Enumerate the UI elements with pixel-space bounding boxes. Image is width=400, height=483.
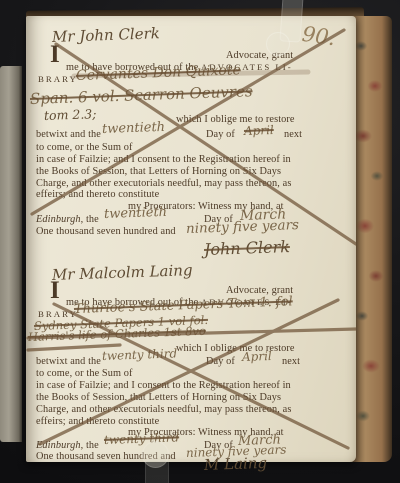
sign-day: twentieth [104, 205, 168, 222]
borrower-name: Mr John Clerk [52, 24, 160, 46]
borrower-signature: M Laing [204, 454, 268, 474]
return-month: April [244, 123, 274, 138]
form-betwixt: betwixt and the [36, 129, 101, 140]
return-day: twenty third [102, 346, 178, 363]
form-failzie-4: effeirs; and thereto constitute [36, 189, 159, 200]
glass-holding-strip-bottom [145, 460, 169, 483]
form-failzie-2: the Books of Session, that Letters of Ho… [36, 166, 281, 177]
borrower-signature: John Clerk [204, 237, 291, 259]
glass-holding-knob-top [266, 32, 290, 56]
book-title: tom 2.3; [44, 106, 97, 123]
form-day-of: Day of [206, 129, 235, 140]
form-next: next [282, 356, 300, 367]
form-oblige-line: which I oblige me to restore [176, 343, 295, 354]
form-day-of: Day of [206, 356, 235, 367]
form-thousand-line: One thousand seven hundred and [36, 226, 176, 237]
year-words: ninety five years [186, 217, 299, 237]
form-sum-line: to come, or the Sum of [36, 368, 133, 379]
return-month: April [242, 349, 272, 364]
book-title: Span. 6 vol. Scarron Oeuvres [30, 82, 253, 108]
borrower-name: Mr Malcolm Laing [52, 261, 193, 284]
sign-day: twenty third [104, 430, 180, 447]
form-oblige-line: which I oblige me to restore [176, 114, 295, 125]
form-failzie-1: in case of Failzie; and I consent to the… [36, 380, 291, 391]
ledger-page: 90. Mr John Clerk I Advocate, grant me t… [26, 16, 356, 462]
form-failzie-2: the Books of Session, that Letters of Ho… [36, 392, 281, 403]
marbled-fore-edge [351, 16, 392, 462]
facing-page-edge [0, 66, 22, 442]
form-failzie-3: Charge, and other executorials needful, … [36, 404, 291, 415]
form-failzie-4: effeirs; and thereto constitute [36, 416, 159, 427]
form-sum-line: to come, or the Sum of [36, 142, 133, 153]
form-next: next [284, 129, 302, 140]
form-edinburgh: Edinburgh, the [36, 440, 99, 451]
return-day: twentieth [102, 120, 166, 137]
form-initial: I [50, 42, 60, 67]
form-failzie-1: in case of Failzie; and I consent to the… [36, 154, 291, 165]
photographed-ledger: 90. Mr John Clerk I Advocate, grant me t… [0, 0, 400, 483]
form-failzie-3: Charge, and other executorials needful, … [36, 178, 291, 189]
folio-number: 90. [300, 22, 336, 50]
form-edinburgh: Edinburgh, the [36, 214, 99, 225]
form-initial: I [50, 278, 60, 303]
form-betwixt: betwixt and the [36, 356, 101, 367]
form-brary: BRARY [38, 74, 78, 84]
